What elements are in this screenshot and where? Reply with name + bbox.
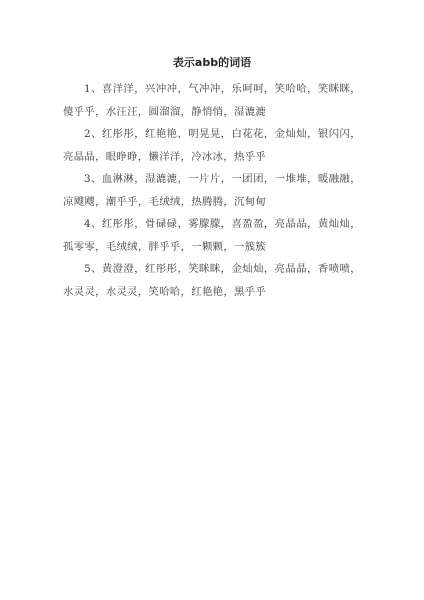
paragraph-3: 3、血淋淋，湿漉漉，一片片，一团团，一堆堆，暖融融，凉飕飕，潮乎乎，毛绒绒，热腾… bbox=[63, 168, 361, 213]
document-page: 表示abb的词语 1、喜洋洋，兴冲冲，气冲冲，乐呵呵，笑哈哈，笑眯眯，傻乎乎，水… bbox=[0, 0, 424, 600]
paragraph-4: 4、红彤彤，骨碌碌，雾朦朦，喜盈盈，亮晶晶，黄灿灿，孤零零，毛绒绒，胖乎乎，一颗… bbox=[63, 213, 361, 258]
paragraph-2: 2、红彤彤，红艳艳，明晃晃，白花花，金灿灿，银闪闪，亮晶晶，眼睁睁，懒洋洋，冷冰… bbox=[63, 123, 361, 168]
paragraph-1: 1、喜洋洋，兴冲冲，气冲冲，乐呵呵，笑哈哈，笑眯眯，傻乎乎，水汪汪，圆溜溜，静悄… bbox=[63, 78, 361, 123]
document-body: 1、喜洋洋，兴冲冲，气冲冲，乐呵呵，笑哈哈，笑眯眯，傻乎乎，水汪汪，圆溜溜，静悄… bbox=[63, 78, 361, 303]
paragraph-5: 5、黄澄澄，红彤彤，笑眯眯，金灿灿，亮晶晶，香喷喷，水灵灵，水灵灵，笑哈哈，红艳… bbox=[63, 258, 361, 303]
document-title: 表示abb的词语 bbox=[0, 56, 424, 70]
